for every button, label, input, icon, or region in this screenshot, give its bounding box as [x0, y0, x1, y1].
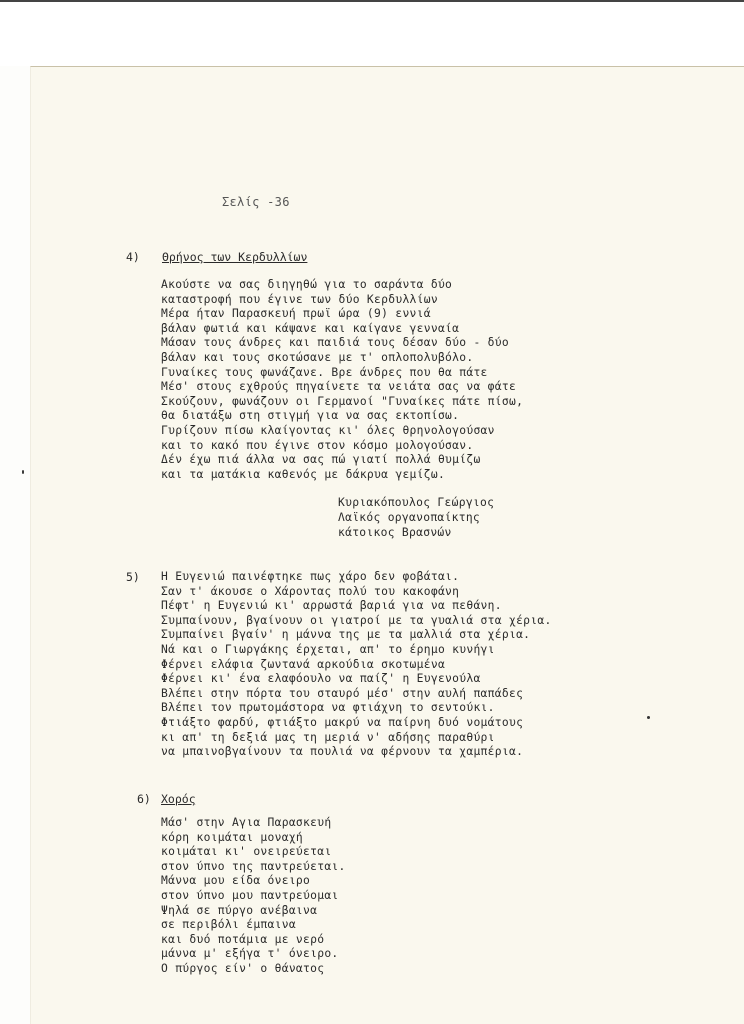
- page-number-label: Σελίς -36: [222, 195, 290, 210]
- poem-line: Ο πύργος είν' ο θάνατος: [161, 962, 346, 977]
- poem-line: Σκούζουν, φωνάζουν οι Γερμανοί "Γυναίκες…: [161, 395, 523, 410]
- section-4-signature: Κυριακόπουλος ΓεώργιοςΛαϊκός οργανοπαίκτ…: [338, 496, 494, 540]
- poem-line: Ακούστε να σας διηγηθώ για το σαράντα δύ…: [161, 278, 523, 293]
- poem-line: Μέρα ήταν Παρασκευή πρωϊ ώρα (9) εννιά: [161, 307, 523, 322]
- poem-line: Μέσ' στους εχθρούς πηγαίνετε τα νειάτα σ…: [161, 380, 523, 395]
- poem-line: Βλέπει τον πρωτομάστορα να φτιάχνη το σε…: [161, 701, 552, 716]
- poem-line: και το κακό που έγινε στον κόσμο μολογού…: [161, 439, 523, 454]
- poem-line: κοιμάται κι' ονειρεύεται: [161, 845, 346, 860]
- poem-line: κι απ' τη δεξιά μας τη μεριά ν' αδήσης π…: [161, 731, 552, 746]
- section-6-number: 6): [137, 792, 151, 806]
- poem-line: Συμπαίνουν, βγαίνουν οι γιατροί με τα γυ…: [161, 614, 552, 629]
- poem-line: Μάσ' στην Αγια Παρασκευή: [161, 816, 346, 831]
- document-page: [30, 66, 744, 1024]
- poem-line: βάλαν φωτιά και κάψανε και καίγανε γεννα…: [161, 322, 523, 337]
- poem-line: καταστροφή που έγινε των δύο Κερδυλλίων: [161, 293, 523, 308]
- signature-line: Κυριακόπουλος Γεώργιος: [338, 496, 494, 511]
- poem-line: Φτιάξτο φαρδύ, φτιάξτο μακρύ να παίρνη δ…: [161, 716, 552, 731]
- ink-speck: [647, 716, 650, 719]
- poem-line: θα διατάξω στη στιγμή για να σας εκτοπίσ…: [161, 409, 523, 424]
- poem-line: στον ύπνο μου παντρεύομαι: [161, 889, 346, 904]
- poem-line: και τα ματάκια καθενός με δάκρυα γεμίζω.: [161, 468, 523, 483]
- ink-speck: [22, 470, 24, 474]
- poem-line: Γυναίκες τους φωνάζανε. Βρε άνδρες που θ…: [161, 366, 523, 381]
- poem-line: και δυό ποτάμια με νερό: [161, 933, 346, 948]
- scanner-margin: [0, 0, 744, 66]
- section-5-number: 5): [126, 570, 140, 584]
- poem-line: μάννα μ' εξήγα τ' όνειρο.: [161, 947, 346, 962]
- section-4-title: Θρήνος των Κερδυλλίων: [162, 250, 307, 264]
- section-6-poem: Μάσ' στην Αγια Παρασκευήκόρη κοιμάται μο…: [161, 816, 346, 977]
- poem-line: βάλαν και τους σκοτώσανε με τ' οπλοπολυβ…: [161, 351, 523, 366]
- poem-line: Γυρίζουν πίσω κλαίγοντας κι' όλες θρηνολ…: [161, 424, 523, 439]
- section-5-poem: Η Ευγενιώ παινέφτηκε πως χάρο δεν φοβάτα…: [161, 570, 552, 760]
- section-6-title: Χορός: [161, 792, 196, 806]
- poem-line: Νά και ο Γιωργάκης έρχεται, απ' το έρημο…: [161, 643, 552, 658]
- poem-line: Ψηλά σε πύργο ανέβαινα: [161, 904, 346, 919]
- signature-line: κάτοικος Βρασνών: [338, 526, 494, 541]
- poem-line: Συμπαίνει βγαίν' η μάννα της με τα μαλλι…: [161, 628, 552, 643]
- signature-line: Λαϊκός οργανοπαίκτης: [338, 511, 494, 526]
- poem-line: Μάννα μου είδα όνειρο: [161, 874, 346, 889]
- section-4-poem: Ακούστε να σας διηγηθώ για το σαράντα δύ…: [161, 278, 523, 482]
- poem-line: Βλέπει στην πόρτα του σταυρό μέσ' στην α…: [161, 687, 552, 702]
- poem-line: να μπαινοβγαίνουν τα πουλιά να φέρνουν τ…: [161, 745, 552, 760]
- poem-line: Μάσαν τους άνδρες και παιδιά τους δέσαν …: [161, 336, 523, 351]
- poem-line: Δέν έχω πιά άλλα να σας πώ γιατί πολλά θ…: [161, 453, 523, 468]
- poem-line: σε περιβόλι έμπαινα: [161, 918, 346, 933]
- section-4-number: 4): [126, 250, 140, 264]
- poem-line: Φέρνει κι' ένα ελαφόουλο να παίζ' η Ευγε…: [161, 672, 552, 687]
- poem-line: στον ύπνο της παντρεύεται.: [161, 860, 346, 875]
- poem-line: Πέφτ' η Ευγενιώ κι' αρρωστά βαριά για να…: [161, 599, 552, 614]
- poem-line: Η Ευγενιώ παινέφτηκε πως χάρο δεν φοβάτα…: [161, 570, 552, 585]
- poem-line: Φέρνει ελάφια ζωντανά αρκούδια σκοτωμένα: [161, 658, 552, 673]
- poem-line: κόρη κοιμάται μοναχή: [161, 831, 346, 846]
- poem-line: Σαν τ' άκουσε ο Χάροντας πολύ του κακοφά…: [161, 585, 552, 600]
